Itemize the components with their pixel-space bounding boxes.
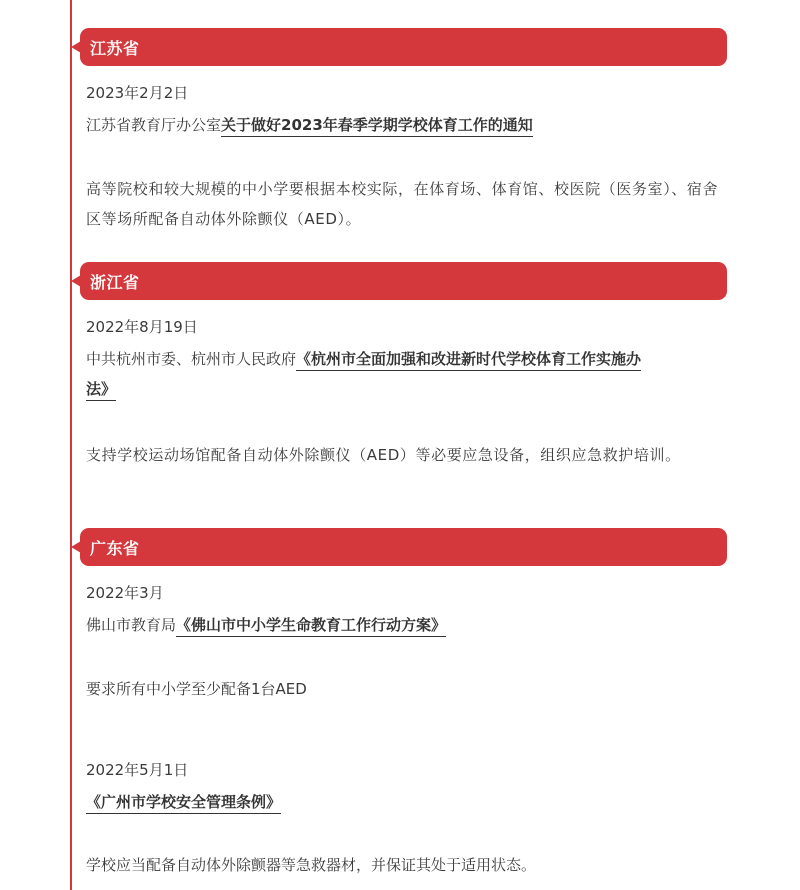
document-link[interactable]: 《杭州市全面加强和改进新时代学校体育工作实施办 [296,350,641,371]
entry-date: 2023年2月2日 [86,78,188,108]
entry-date: 2022年3月 [86,578,164,608]
entry-source: 江苏省教育厅办公室关于做好2023年春季学期学校体育工作的通知 [86,110,533,140]
document-link[interactable]: 《佛山市中小学生命教育工作行动方案》 [176,616,446,637]
entry-issuer: 中共杭州市委、杭州市人民政府 [86,350,296,368]
entry-summary: 支持学校运动场馆配备自动体外除颤仪（AED）等必要应急设备，组织应急救护培训。 [86,440,731,470]
entry-date: 2022年5月1日 [86,755,188,785]
entry-summary: 学校应当配备自动体外除颤器等急救器材，并保证其处于适用状态。 [86,850,536,880]
entry-source: 佛山市教育局《佛山市中小学生命教育工作行动方案》 [86,610,446,640]
document-link-cont[interactable]: 法》 [86,380,116,401]
entry-source: 中共杭州市委、杭州市人民政府《杭州市全面加强和改进新时代学校体育工作实施办 [86,344,641,374]
province-banner-zhejiang: 浙江省 [80,262,727,300]
document-link[interactable]: 《广州市学校安全管理条例》 [86,793,281,814]
province-title: 广东省 [90,536,140,559]
entry-date: 2022年8月19日 [86,312,198,342]
document-link[interactable]: 关于做好2023年春季学期学校体育工作的通知 [221,116,533,137]
timeline-line [70,0,72,890]
province-title: 浙江省 [90,270,140,293]
entry-summary: 高等院校和较大规模的中小学要根据本校实际，在体育场、体育馆、校医院（医务室）、宿… [86,174,731,234]
entry-issuer: 佛山市教育局 [86,616,176,634]
entry-issuer: 江苏省教育厅办公室 [86,116,221,134]
province-title: 江苏省 [90,36,140,59]
entry-summary: 要求所有中小学至少配备1台AED [86,674,307,704]
entry-source-cont: 法》 [86,374,116,404]
entry-source: 《广州市学校安全管理条例》 [86,787,281,817]
province-banner-guangdong: 广东省 [80,528,727,566]
province-banner-jiangsu: 江苏省 [80,28,727,66]
